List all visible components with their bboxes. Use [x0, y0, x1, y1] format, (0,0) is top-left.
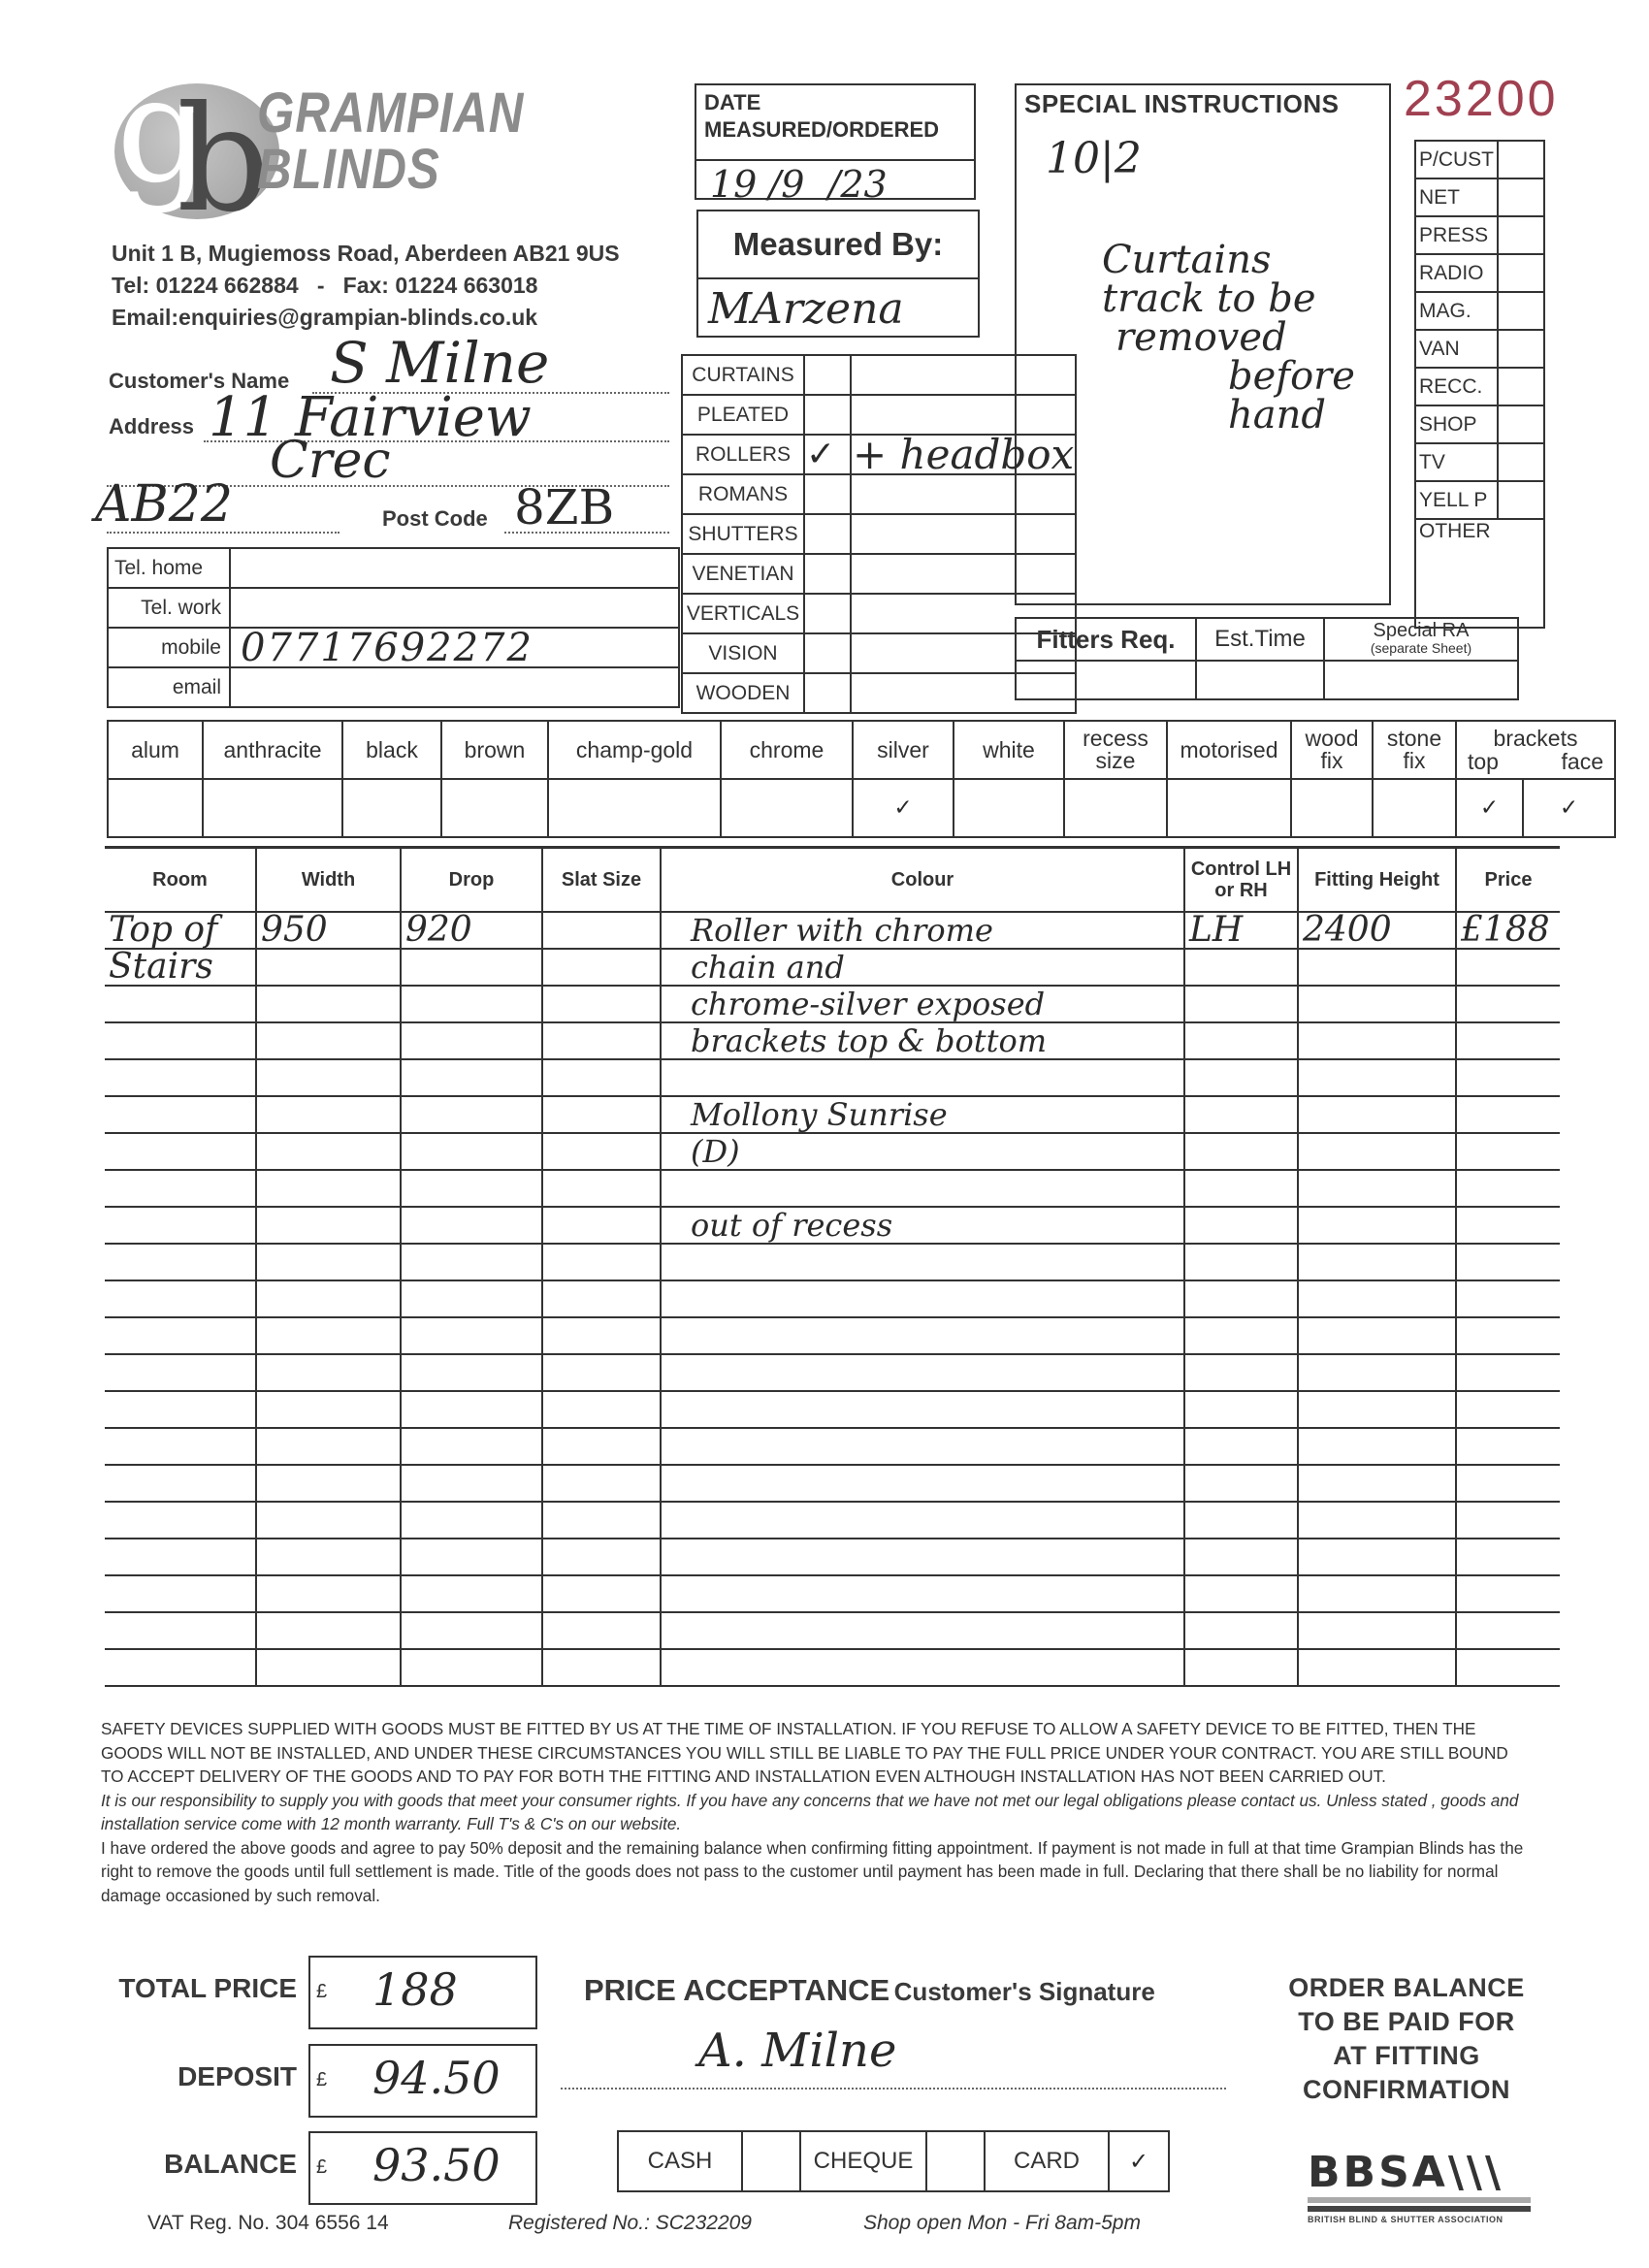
source-pcust: P/CUST [1415, 141, 1498, 178]
cell-slat-size[interactable] [542, 1649, 661, 1686]
cell-slat-size[interactable] [542, 1096, 661, 1133]
cell-price[interactable] [1456, 1465, 1560, 1502]
notice-line: CONFIRMATION [1261, 2073, 1552, 2107]
shop-hours: Shop open Mon - Fri 8am-5pm [863, 2212, 1141, 2235]
finish-brackets: brackets top face [1456, 721, 1615, 779]
cell-drop[interactable] [401, 1465, 542, 1502]
cell-slat-size[interactable] [542, 1612, 661, 1649]
product-note[interactable] [851, 673, 1076, 713]
cell-drop[interactable] [401, 986, 542, 1022]
cell-width[interactable] [256, 1502, 401, 1539]
cell-drop[interactable] [401, 1649, 542, 1686]
cell-fitting-height[interactable] [1298, 1649, 1456, 1686]
cell-control[interactable] [1184, 1280, 1298, 1317]
cell-drop[interactable] [401, 1575, 542, 1612]
address-label: Address [109, 414, 194, 439]
cell-control[interactable] [1184, 1612, 1298, 1649]
cell-drop[interactable] [401, 1428, 542, 1465]
cell-price[interactable] [1456, 1022, 1560, 1059]
cell-room[interactable] [105, 1170, 256, 1207]
cell-colour[interactable]: chrome-silver exposed [661, 986, 1184, 1022]
cell-colour[interactable]: out of recess [661, 1207, 1184, 1244]
table-row [105, 1170, 1560, 1207]
special-ra-label: Special RA (separate Sheet) [1324, 618, 1518, 661]
company-contact-block: Unit 1 B, Mugiemoss Road, Aberdeen AB21 … [112, 238, 620, 334]
registered-number: Registered No.: SC232209 [508, 2212, 752, 2235]
brackets-top-checkbox[interactable]: ✓ [1456, 779, 1523, 837]
cell-price[interactable]: £188 [1456, 912, 1560, 949]
table-row: (D) [105, 1133, 1560, 1170]
source-shop: SHOP [1415, 405, 1498, 443]
finish-checkbox[interactable] [1291, 779, 1373, 837]
cell-room[interactable] [105, 1391, 256, 1428]
cell-width[interactable] [256, 1428, 401, 1465]
cell-fitting-height[interactable] [1298, 1096, 1456, 1133]
cell-control[interactable] [1184, 1354, 1298, 1391]
source-checkbox[interactable] [1498, 292, 1544, 330]
cell-room[interactable] [105, 986, 256, 1022]
cell-control[interactable] [1184, 1133, 1298, 1170]
cell-width[interactable]: 950 [256, 912, 401, 949]
cell-control[interactable] [1184, 1170, 1298, 1207]
cell-width[interactable] [256, 949, 401, 986]
cell-price[interactable] [1456, 1502, 1560, 1539]
cell-width[interactable] [256, 1133, 401, 1170]
brackets-face-label: face [1562, 750, 1603, 773]
finish-checkbox[interactable] [1373, 779, 1456, 837]
cell-price[interactable] [1456, 1428, 1560, 1465]
cell-price[interactable] [1456, 949, 1560, 986]
source-yellp: YELL P [1415, 481, 1498, 519]
product-note[interactable] [851, 474, 1076, 514]
cell-drop[interactable] [401, 1612, 542, 1649]
cell-fitting-height[interactable] [1298, 1612, 1456, 1649]
cell-price[interactable] [1456, 1391, 1560, 1428]
source-mag: MAG. [1415, 292, 1498, 330]
cell-room[interactable] [105, 1539, 256, 1575]
cell-colour[interactable] [661, 1170, 1184, 1207]
cell-slat-size[interactable] [542, 949, 661, 986]
table-row [105, 1317, 1560, 1354]
cell-slat-size[interactable] [542, 1317, 661, 1354]
cell-slat-size[interactable] [542, 1244, 661, 1280]
cell-slat-size[interactable] [542, 1022, 661, 1059]
date-value-field[interactable]: 19 /9 /23 [696, 161, 974, 208]
source-checkbox[interactable] [1498, 481, 1544, 519]
cell-control[interactable]: LH [1184, 912, 1298, 949]
source-checkbox[interactable] [1498, 368, 1544, 405]
tel-work-label: Tel. work [108, 588, 230, 628]
finish-silver-checkbox-checked[interactable]: ✓ [853, 779, 954, 837]
cell-fitting-height[interactable] [1298, 1539, 1456, 1575]
cell-room[interactable] [105, 1207, 256, 1244]
cell-price[interactable] [1456, 1170, 1560, 1207]
product-checkbox-checked[interactable]: ✓ [804, 435, 851, 474]
table-row [105, 1428, 1560, 1465]
currency-symbol: £ [316, 2069, 327, 2091]
source-checkbox[interactable] [1498, 254, 1544, 292]
cell-colour[interactable] [661, 1612, 1184, 1649]
cell-drop[interactable] [401, 1133, 542, 1170]
deposit-value: 94.50 [372, 2052, 501, 2104]
tel-home-label: Tel. home [108, 548, 230, 588]
cell-colour[interactable] [661, 1317, 1184, 1354]
cell-colour[interactable] [661, 1280, 1184, 1317]
product-checkbox[interactable] [804, 514, 851, 554]
source-checkbox[interactable] [1498, 443, 1544, 481]
cell-control[interactable] [1184, 1244, 1298, 1280]
cell-width[interactable] [256, 1170, 401, 1207]
cell-colour[interactable] [661, 1502, 1184, 1539]
payment-cash-label: CASH [618, 2131, 742, 2191]
cell-control[interactable] [1184, 949, 1298, 986]
cell-slat-size[interactable] [542, 1539, 661, 1575]
cell-width[interactable] [256, 1022, 401, 1059]
cell-slat-size[interactable] [542, 1465, 661, 1502]
order-number: 23200 [1404, 70, 1559, 128]
deposit-field[interactable]: £ 94.50 [308, 2044, 537, 2118]
cell-control[interactable] [1184, 1575, 1298, 1612]
table-row [105, 1280, 1560, 1317]
currency-symbol: £ [316, 2156, 327, 2179]
cell-fitting-height[interactable] [1298, 986, 1456, 1022]
note-line: track to be [1102, 279, 1355, 318]
cell-colour[interactable] [661, 1059, 1184, 1096]
notice-line: AT FITTING [1261, 2039, 1552, 2073]
source-checkbox[interactable] [1498, 216, 1544, 254]
cell-room[interactable] [105, 1354, 256, 1391]
cell-price[interactable] [1456, 1354, 1560, 1391]
cell-room[interactable] [105, 1649, 256, 1686]
cell-price[interactable] [1456, 1575, 1560, 1612]
cell-colour[interactable]: brackets top & bottom [661, 1022, 1184, 1059]
table-row [105, 1502, 1560, 1539]
cell-slat-size[interactable] [542, 1207, 661, 1244]
cell-price[interactable] [1456, 1059, 1560, 1096]
cell-price[interactable] [1456, 1280, 1560, 1317]
cell-width[interactable] [256, 1096, 401, 1133]
col-control: Control LH or RH [1184, 848, 1298, 913]
cell-colour[interactable]: Roller with chrome [661, 912, 1184, 949]
terms-block: SAFETY DEVICES SUPPLIED WITH GOODS MUST … [101, 1717, 1527, 1907]
product-note[interactable] [851, 554, 1076, 594]
source-checkbox[interactable] [1498, 405, 1544, 443]
cell-width[interactable] [256, 986, 401, 1022]
source-tv: TV [1415, 443, 1498, 481]
cell-slat-size[interactable] [542, 1133, 661, 1170]
email-field[interactable] [230, 667, 679, 707]
product-note[interactable]: + headbox [851, 435, 1076, 474]
vat-number: VAT Reg. No. 304 6556 14 [147, 2212, 389, 2235]
product-type-table: CURTAINS PLEATED ROLLERS✓+ headbox ROMAN… [681, 354, 1077, 714]
product-curtains: CURTAINS [682, 355, 804, 395]
cell-width[interactable] [256, 1612, 401, 1649]
email-label: email [108, 667, 230, 707]
total-price-value: 188 [372, 1963, 458, 2016]
source-recc: RECC. [1415, 368, 1498, 405]
cell-price[interactable] [1456, 1207, 1560, 1244]
cell-room[interactable] [105, 1133, 256, 1170]
cell-slat-size[interactable] [542, 1280, 661, 1317]
cell-drop[interactable] [401, 1096, 542, 1133]
table-row: brackets top & bottom [105, 1022, 1560, 1059]
finish-checkbox[interactable] [954, 779, 1064, 837]
cell-control[interactable] [1184, 986, 1298, 1022]
note-line: removed [1102, 318, 1355, 357]
cell-drop[interactable] [401, 1022, 542, 1059]
brackets-top-label: top [1468, 750, 1499, 773]
cell-colour[interactable]: chain and [661, 949, 1184, 986]
measured-by-box: Measured By: MArzena [696, 210, 980, 338]
cell-width[interactable] [256, 1391, 401, 1428]
cell-slat-size[interactable] [542, 1575, 661, 1612]
product-checkbox[interactable] [804, 395, 851, 435]
cell-fitting-height[interactable] [1298, 1207, 1456, 1244]
finish-checkbox[interactable] [1064, 779, 1167, 837]
cell-control[interactable] [1184, 1022, 1298, 1059]
cell-width[interactable] [256, 1354, 401, 1391]
cell-slat-size[interactable] [542, 986, 661, 1022]
cell-drop[interactable] [401, 1354, 542, 1391]
cell-price[interactable] [1456, 986, 1560, 1022]
cell-room[interactable] [105, 1428, 256, 1465]
cell-room[interactable] [105, 1059, 256, 1096]
cell-slat-size[interactable] [542, 912, 661, 949]
product-checkbox[interactable] [804, 355, 851, 395]
cell-slat-size[interactable] [542, 1170, 661, 1207]
product-checkbox[interactable] [804, 554, 851, 594]
measured-by-field[interactable]: MArzena [698, 279, 978, 340]
payment-cash-checkbox[interactable] [742, 2131, 800, 2191]
finish-champ-gold: champ-gold [548, 721, 721, 779]
source-radio: RADIO [1415, 254, 1498, 292]
cell-slat-size[interactable] [542, 1428, 661, 1465]
col-room: Room [105, 848, 256, 913]
cell-control[interactable] [1184, 1649, 1298, 1686]
cell-colour[interactable]: Mollony Sunrise [661, 1096, 1184, 1133]
payment-card-checkbox-checked[interactable]: ✓ [1109, 2131, 1169, 2191]
address-line3-value: AB22 [95, 475, 233, 534]
cell-price[interactable] [1456, 1244, 1560, 1280]
cell-drop[interactable] [401, 1539, 542, 1575]
cell-fitting-height[interactable] [1298, 1354, 1456, 1391]
cell-width[interactable] [256, 1059, 401, 1096]
brackets-face-checkbox[interactable]: ✓ [1523, 779, 1615, 837]
special-instructions-ref: 10|2 [1046, 134, 1142, 183]
product-verticals: VERTICALS [682, 594, 804, 633]
finish-checkbox[interactable] [108, 779, 203, 837]
payment-cheque-checkbox[interactable] [926, 2131, 985, 2191]
cell-fitting-height[interactable] [1298, 1428, 1456, 1465]
cell-control[interactable] [1184, 1428, 1298, 1465]
cell-fitting-height[interactable] [1298, 1317, 1456, 1354]
cell-control[interactable] [1184, 1539, 1298, 1575]
product-venetian: VENETIAN [682, 554, 804, 594]
cell-fitting-height[interactable] [1298, 1133, 1456, 1170]
cell-colour[interactable] [661, 1354, 1184, 1391]
product-note[interactable] [851, 633, 1076, 673]
cell-fitting-height[interactable] [1298, 1244, 1456, 1280]
postcode-label: Post Code [382, 506, 488, 532]
finish-checkbox[interactable] [342, 779, 441, 837]
cell-width[interactable] [256, 1207, 401, 1244]
cell-width[interactable] [256, 1649, 401, 1686]
cell-drop[interactable] [401, 1207, 542, 1244]
tel-work-field[interactable] [230, 588, 679, 628]
cell-drop[interactable] [401, 1170, 542, 1207]
cell-room[interactable] [105, 1317, 256, 1354]
cell-drop[interactable] [401, 1280, 542, 1317]
cell-room[interactable] [105, 1465, 256, 1502]
product-checkbox[interactable] [804, 673, 851, 713]
cell-drop[interactable] [401, 1317, 542, 1354]
cell-slat-size[interactable] [542, 1059, 661, 1096]
source-checkbox[interactable] [1498, 178, 1544, 216]
cell-colour[interactable] [661, 1428, 1184, 1465]
date-measured-box: DATE MEASURED/ORDERED 19 /9 /23 [695, 83, 976, 200]
cell-width[interactable] [256, 1465, 401, 1502]
finish-checkbox[interactable] [203, 779, 342, 837]
notice-line: TO BE PAID FOR [1261, 2005, 1552, 2039]
est-time-field[interactable] [1196, 661, 1324, 699]
cell-fitting-height[interactable] [1298, 1575, 1456, 1612]
note-line: hand [1102, 396, 1355, 435]
cell-price[interactable] [1456, 1612, 1560, 1649]
cell-fitting-height[interactable] [1298, 1465, 1456, 1502]
company-name-line2: BLINDS [257, 142, 524, 198]
finish-stone-fix: stone fix [1373, 721, 1456, 779]
cell-colour[interactable]: (D) [661, 1133, 1184, 1170]
source-checkbox[interactable] [1498, 330, 1544, 368]
cell-colour[interactable] [661, 1649, 1184, 1686]
consumer-rights-terms: It is our responsibility to supply you w… [101, 1789, 1527, 1836]
cell-slat-size[interactable] [542, 1502, 661, 1539]
cell-control[interactable] [1184, 1096, 1298, 1133]
product-pleated: PLEATED [682, 395, 804, 435]
cell-price[interactable] [1456, 1649, 1560, 1686]
cell-drop[interactable]: 920 [401, 912, 542, 949]
cell-width[interactable] [256, 1244, 401, 1280]
signature-line[interactable] [561, 2076, 1226, 2090]
cell-price[interactable] [1456, 1317, 1560, 1354]
finish-checkbox[interactable] [441, 779, 548, 837]
company-name: GRAMPIAN BLINDS [257, 85, 524, 198]
cell-fitting-height[interactable] [1298, 1280, 1456, 1317]
finish-motorised: motorised [1167, 721, 1291, 779]
product-vision: VISION [682, 633, 804, 673]
cell-width[interactable] [256, 1575, 401, 1612]
cell-control[interactable] [1184, 1502, 1298, 1539]
bbsa-bar-light [1308, 2197, 1531, 2203]
special-ra-field[interactable] [1324, 661, 1518, 699]
finish-recess-size: recess size [1064, 721, 1167, 779]
fitters-table: Fitters Req. Est.Time Special RA (separa… [1015, 617, 1519, 700]
cell-price[interactable] [1456, 1539, 1560, 1575]
product-note[interactable] [851, 355, 1076, 395]
balance-field[interactable]: £ 93.50 [308, 2131, 537, 2205]
product-note[interactable] [851, 514, 1076, 554]
cell-drop[interactable] [401, 1059, 542, 1096]
cell-fitting-height[interactable] [1298, 1502, 1456, 1539]
cell-control[interactable] [1184, 1391, 1298, 1428]
tel-home-field[interactable] [230, 548, 679, 588]
cell-drop[interactable] [401, 1502, 542, 1539]
cell-price[interactable] [1456, 1096, 1560, 1133]
mobile-field[interactable]: 07717692272 [230, 628, 679, 667]
measured-by-label: Measured By: [698, 211, 978, 279]
cell-room[interactable] [105, 1096, 256, 1133]
cell-fitting-height[interactable] [1298, 949, 1456, 986]
product-checkbox[interactable] [804, 594, 851, 633]
cell-drop[interactable] [401, 1391, 542, 1428]
cell-colour[interactable] [661, 1575, 1184, 1612]
cell-colour[interactable] [661, 1539, 1184, 1575]
source-van: VAN [1415, 330, 1498, 368]
cell-slat-size[interactable] [542, 1391, 661, 1428]
cell-control[interactable] [1184, 1207, 1298, 1244]
finish-checkbox[interactable] [1167, 779, 1291, 837]
cell-room[interactable]: Top of [105, 912, 256, 949]
cell-room[interactable]: Stairs [105, 949, 256, 986]
balance-label: BALANCE [93, 2149, 297, 2180]
cell-room[interactable] [105, 1280, 256, 1317]
cell-fitting-height[interactable] [1298, 1059, 1456, 1096]
cell-control[interactable] [1184, 1465, 1298, 1502]
cell-fitting-height[interactable] [1298, 1022, 1456, 1059]
finish-brown: brown [441, 721, 548, 779]
product-note[interactable] [851, 395, 1076, 435]
cell-room[interactable] [105, 1244, 256, 1280]
cell-fitting-height[interactable]: 2400 [1298, 912, 1456, 949]
cell-colour[interactable] [661, 1465, 1184, 1502]
note-line: Curtains [1102, 241, 1355, 279]
cell-drop[interactable] [401, 949, 542, 986]
cell-room[interactable] [105, 1022, 256, 1059]
finish-white: white [954, 721, 1064, 779]
table-row: Mollony Sunrise [105, 1096, 1560, 1133]
cell-colour[interactable] [661, 1391, 1184, 1428]
total-price-field[interactable]: £ 188 [308, 1956, 537, 2029]
source-checkbox[interactable] [1498, 141, 1544, 178]
cell-fitting-height[interactable] [1298, 1391, 1456, 1428]
cell-colour[interactable] [661, 1244, 1184, 1280]
table-row [105, 1059, 1560, 1096]
deposit-label: DEPOSIT [93, 2061, 297, 2092]
cell-room[interactable] [105, 1575, 256, 1612]
cell-width[interactable] [256, 1317, 401, 1354]
finish-checkbox[interactable] [548, 779, 721, 837]
cell-width[interactable] [256, 1539, 401, 1575]
product-checkbox[interactable] [804, 474, 851, 514]
source-other[interactable]: OTHER [1415, 519, 1544, 628]
cell-width[interactable] [256, 1280, 401, 1317]
cell-price[interactable] [1456, 1133, 1560, 1170]
cell-room[interactable] [105, 1612, 256, 1649]
cell-drop[interactable] [401, 1244, 542, 1280]
product-note[interactable] [851, 594, 1076, 633]
table-row [105, 1391, 1560, 1428]
cell-control[interactable] [1184, 1317, 1298, 1354]
cell-fitting-height[interactable] [1298, 1170, 1456, 1207]
cell-slat-size[interactable] [542, 1354, 661, 1391]
cell-room[interactable] [105, 1502, 256, 1539]
price-acceptance-heading: PRICE ACCEPTANCE Customer's Signature [584, 1973, 1155, 2008]
bbsa-logo: BBSA\\\ BRITISH BLIND & SHUTTER ASSOCIAT… [1308, 2152, 1531, 2224]
product-checkbox[interactable] [804, 633, 851, 673]
cell-control[interactable] [1184, 1059, 1298, 1096]
finish-checkbox[interactable] [721, 779, 853, 837]
logo-b-letter: b [177, 87, 270, 233]
